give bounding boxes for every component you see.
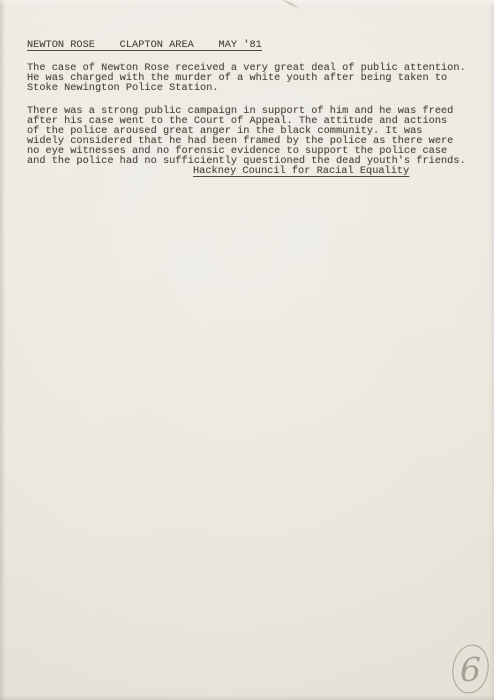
paragraph-2: There was a strong public campaign in su… (27, 106, 483, 167)
signature-line: Hackney Council for Racial Equality (193, 166, 483, 176)
typed-content: NEWTON ROSE CLAPTON AREA MAY '81 The cas… (27, 40, 483, 177)
document-title: NEWTON ROSE CLAPTON AREA MAY '81 (27, 40, 483, 50)
paper-crease (280, 0, 301, 9)
handwritten-page-number: 6 (440, 633, 494, 700)
document-page: NEWTON ROSE CLAPTON AREA MAY '81 The cas… (0, 0, 494, 700)
paragraph-1: The case of Newton Rose received a very … (27, 63, 483, 93)
pencil-digit: 6 (460, 650, 481, 689)
